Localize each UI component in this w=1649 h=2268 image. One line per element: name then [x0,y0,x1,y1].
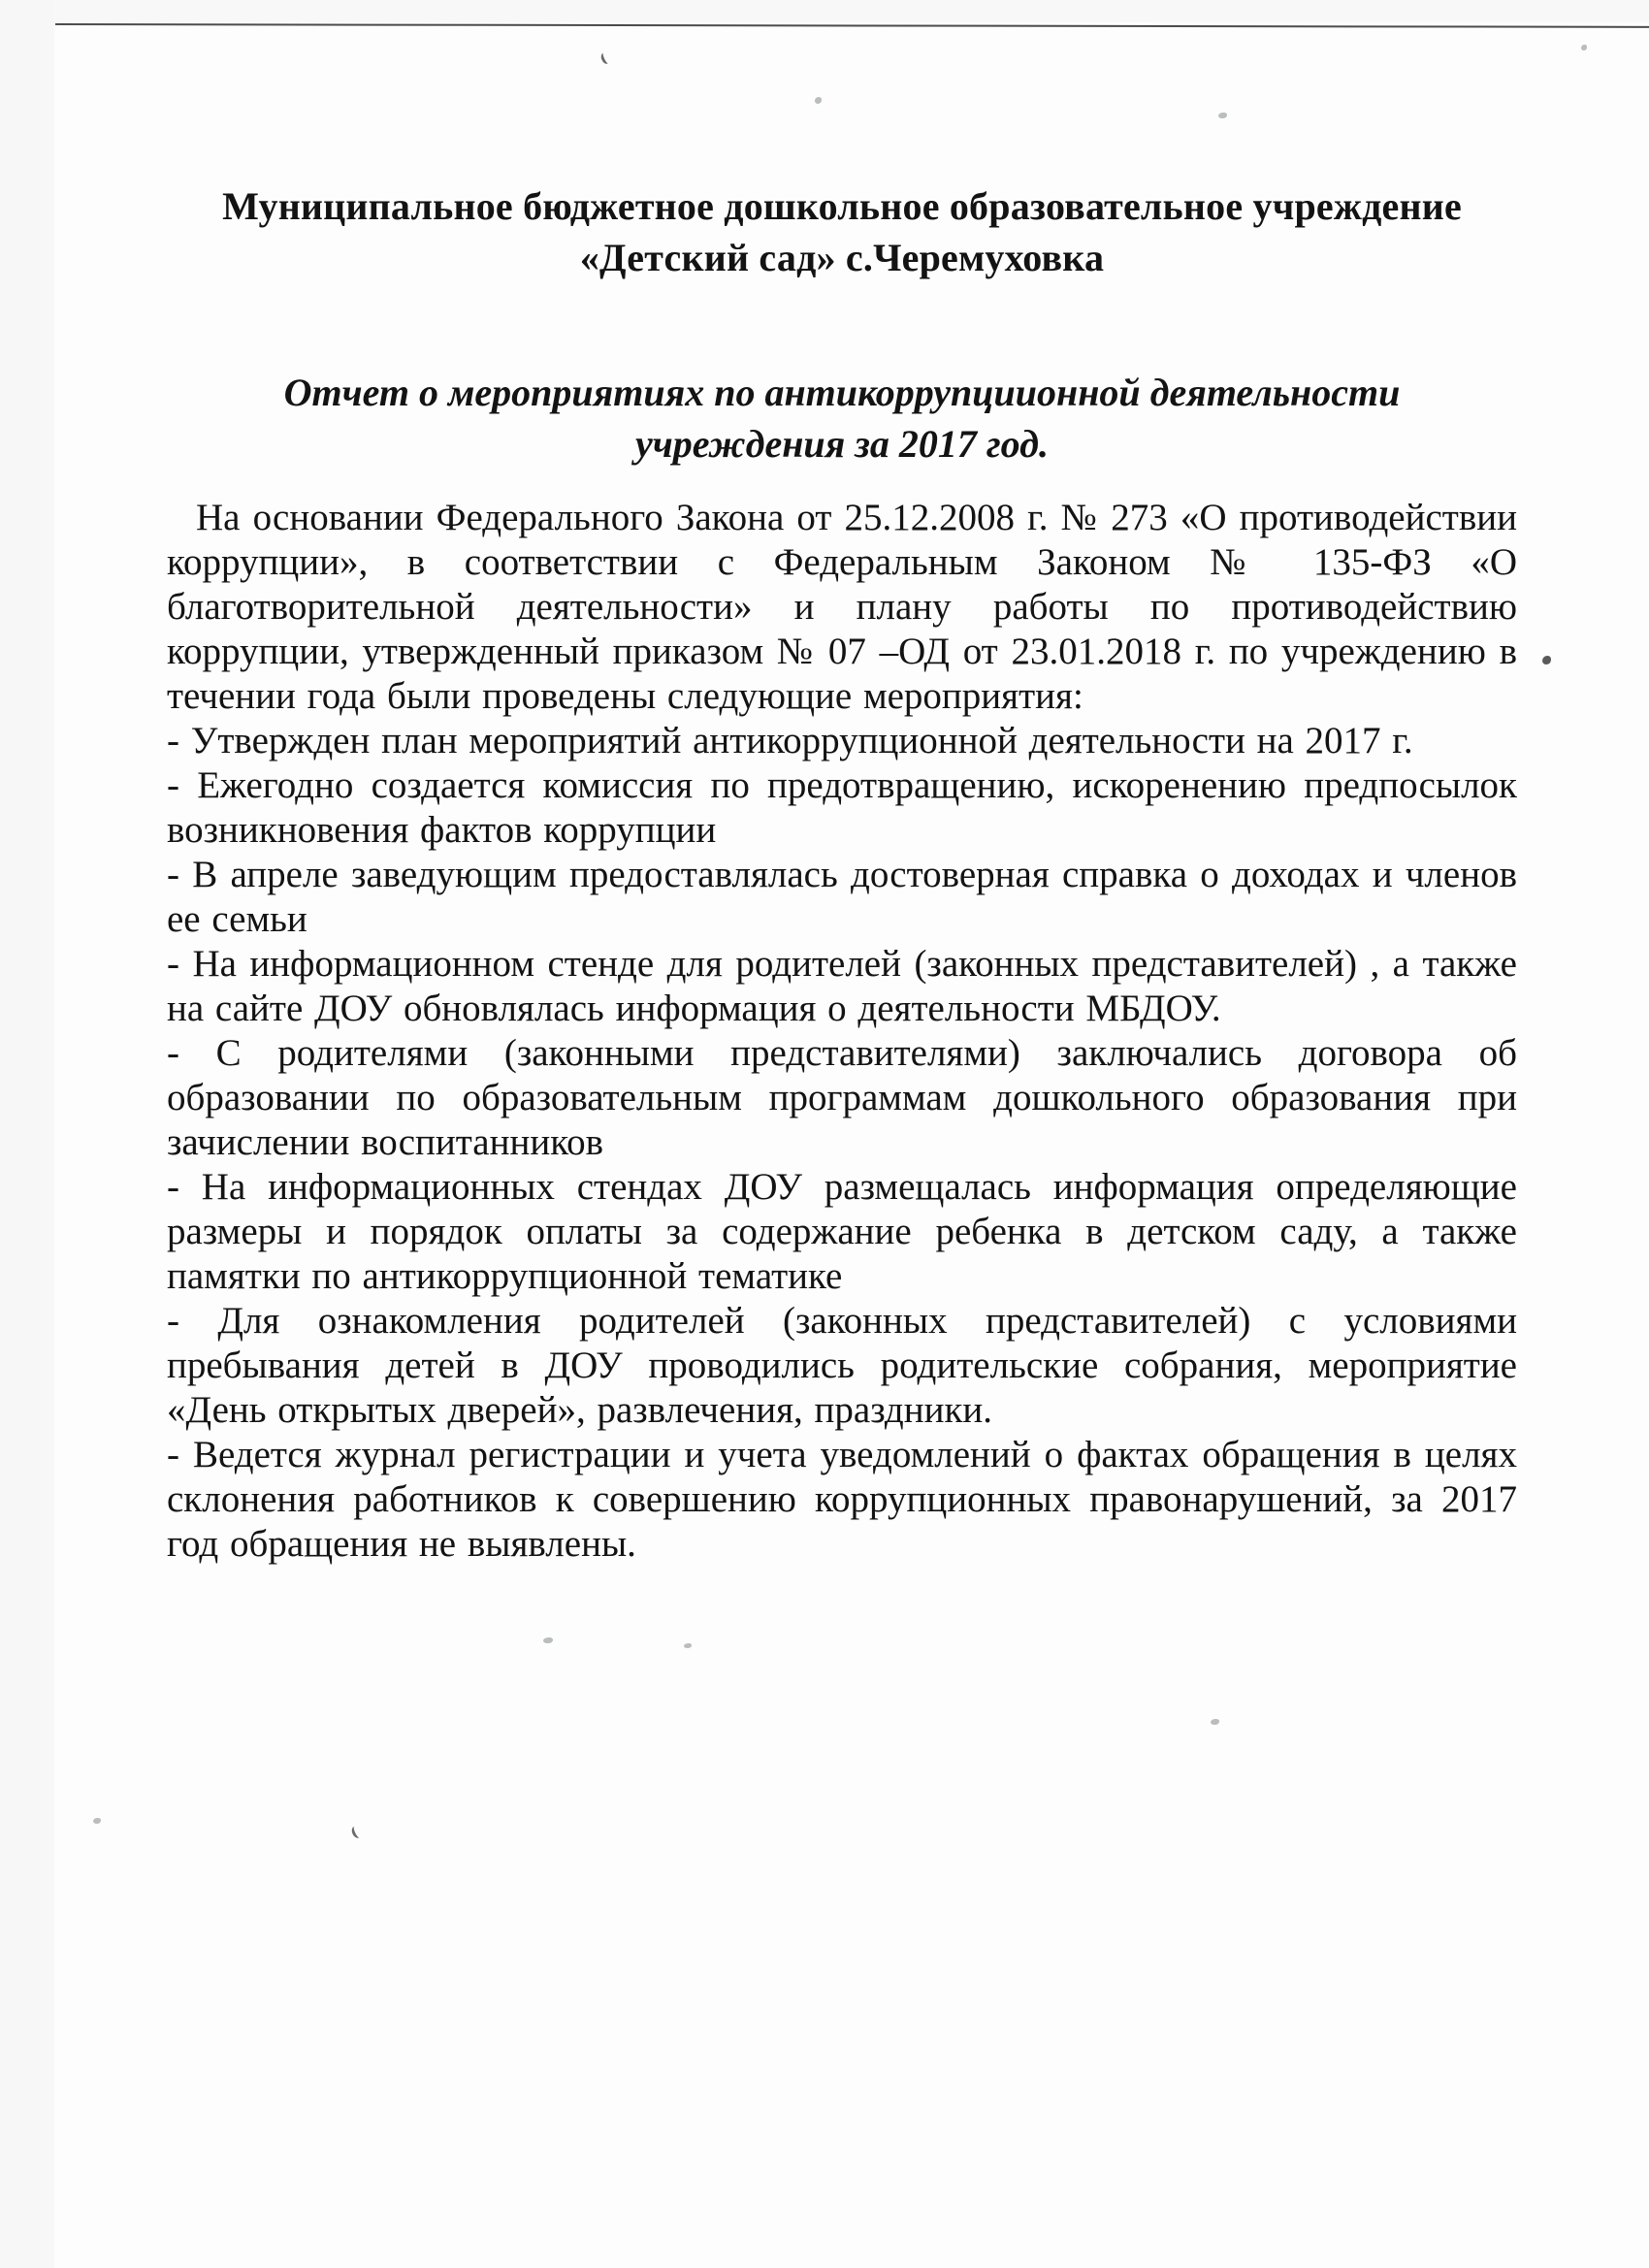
report-item: - Утвержден план мероприятий антикоррупц… [167,719,1517,763]
scan-speck [1581,45,1587,50]
subtitle-line-2: учреждения за 2017 год. [167,418,1517,470]
report-item: - С родителями (законными представителям… [167,1031,1517,1165]
scan-edge-shade-left [0,0,54,2268]
scanned-document-page: Муниципальное бюджетное дошкольное образ… [0,0,1649,2268]
report-body: На основании Федерального Закона от 25.1… [167,496,1517,1567]
scan-speck [543,1637,553,1643]
scan-speck [684,1643,692,1648]
title-line-2: «Детский сад» с.Черемуховка [167,232,1517,283]
report-item: - На информационном стенде для родителей… [167,942,1517,1031]
document-content: Муниципальное бюджетное дошкольное образ… [167,0,1517,1567]
scan-speck [350,1824,365,1839]
document-subtitle: Отчет о мероприятиях по антикоррупциионн… [167,367,1517,470]
scan-speck [93,1818,101,1824]
report-item: - Для ознакомления родителей (законных п… [167,1299,1517,1433]
scan-speck [1542,656,1551,664]
document-title: Муниципальное бюджетное дошкольное образ… [167,0,1517,283]
report-item: - Ведется журнал регистрации и учета уве… [167,1433,1517,1567]
intro-paragraph: На основании Федерального Закона от 25.1… [167,496,1517,719]
title-line-1: Муниципальное бюджетное дошкольное образ… [167,180,1517,232]
subtitle-line-1: Отчет о мероприятиях по антикоррупциионн… [167,367,1517,418]
report-item: - Ежегодно создается комиссия по предотв… [167,763,1517,853]
report-item: - В апреле заведующим предоставлялась до… [167,853,1517,942]
scan-speck [1211,1719,1219,1725]
report-item: - На информационных стендах ДОУ размещал… [167,1165,1517,1299]
